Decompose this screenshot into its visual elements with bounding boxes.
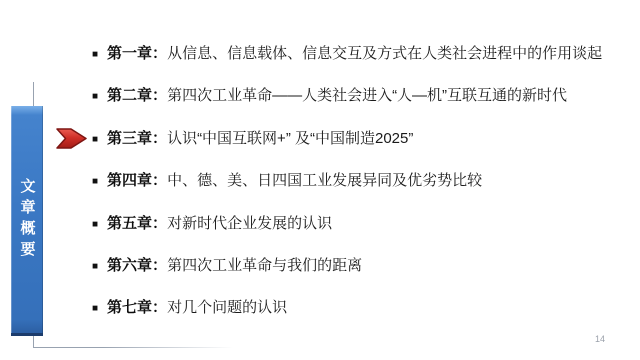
chapter-line: 第五章：对新时代企业发展的认识 [107,214,332,233]
chapter-line: 第六章：第四次工业革命与我们的距离 [107,256,362,275]
chapter-title: 第四章： [107,172,167,189]
chapter-item-6: ■ 第六章：第四次工业革命与我们的距离 [92,256,362,276]
chapter-line: 第三章：认识“中国互联网+” 及“中国制造2025” [107,129,413,148]
active-chapter-arrow-icon [56,126,88,151]
chapter-line: 第七章：对几个问题的认识 [107,298,287,317]
chapter-title: 第六章： [107,257,167,274]
bullet-icon: ■ [92,215,98,234]
bullet-icon: ■ [92,172,98,191]
chapter-item-2: ■ 第二章：第四次工业革命——人类社会进入“人—机”互联互通的新时代 [92,86,567,106]
chapter-line: 第四章：中、德、美、日四国工业发展异同及优劣势比较 [107,171,482,190]
bullet-icon: ■ [92,299,98,318]
bullet-icon: ■ [92,257,98,276]
chapter-title: 第三章： [107,130,167,147]
presentation-slide: 文章概要 ■ 第一章：从信息、信息载体、信息交互及方式在人类社会进程中的作用谈起… [0,0,640,360]
chapter-text: 第四次工业革命与我们的距离 [167,257,362,274]
chapter-item-7: ■ 第七章：对几个问题的认识 [92,298,287,318]
bullet-icon: ■ [92,130,98,149]
chapter-item-5: ■ 第五章：对新时代企业发展的认识 [92,214,332,234]
chapter-item-1: ■ 第一章：从信息、信息载体、信息交互及方式在人类社会进程中的作用谈起 [92,44,602,64]
chapter-line: 第二章：第四次工业革命——人类社会进入“人—机”互联互通的新时代 [107,86,567,105]
sidebar-label: 文章概要 [17,178,38,262]
chapter-text: 对新时代企业发展的认识 [167,215,332,232]
chapter-title: 第一章： [107,45,167,62]
chapter-title: 第七章： [107,299,167,316]
frame-line-horizontal [33,347,233,348]
chapter-item-4: ■ 第四章：中、德、美、日四国工业发展异同及优劣势比较 [92,171,482,191]
chapter-item-3-active: ■ 第三章：认识“中国互联网+” 及“中国制造2025” [92,129,413,149]
bullet-icon: ■ [92,45,98,64]
page-number: 14 [595,334,605,344]
chapter-text: 第四次工业革命——人类社会进入“人—机”互联互通的新时代 [167,87,567,104]
chapter-text: 从信息、信息载体、信息交互及方式在人类社会进程中的作用谈起 [167,45,602,62]
chapter-text: 中、德、美、日四国工业发展异同及优劣势比较 [167,172,482,189]
chapter-line: 第一章：从信息、信息载体、信息交互及方式在人类社会进程中的作用谈起 [107,44,602,63]
chapter-title: 第五章： [107,215,167,232]
chapter-text: 对几个问题的认识 [167,299,287,316]
bullet-icon: ■ [92,87,98,106]
chapter-title: 第二章： [107,87,167,104]
sidebar-tab: 文章概要 [11,106,43,336]
chapter-text: 认识“中国互联网+” 及“中国制造2025” [167,130,413,147]
